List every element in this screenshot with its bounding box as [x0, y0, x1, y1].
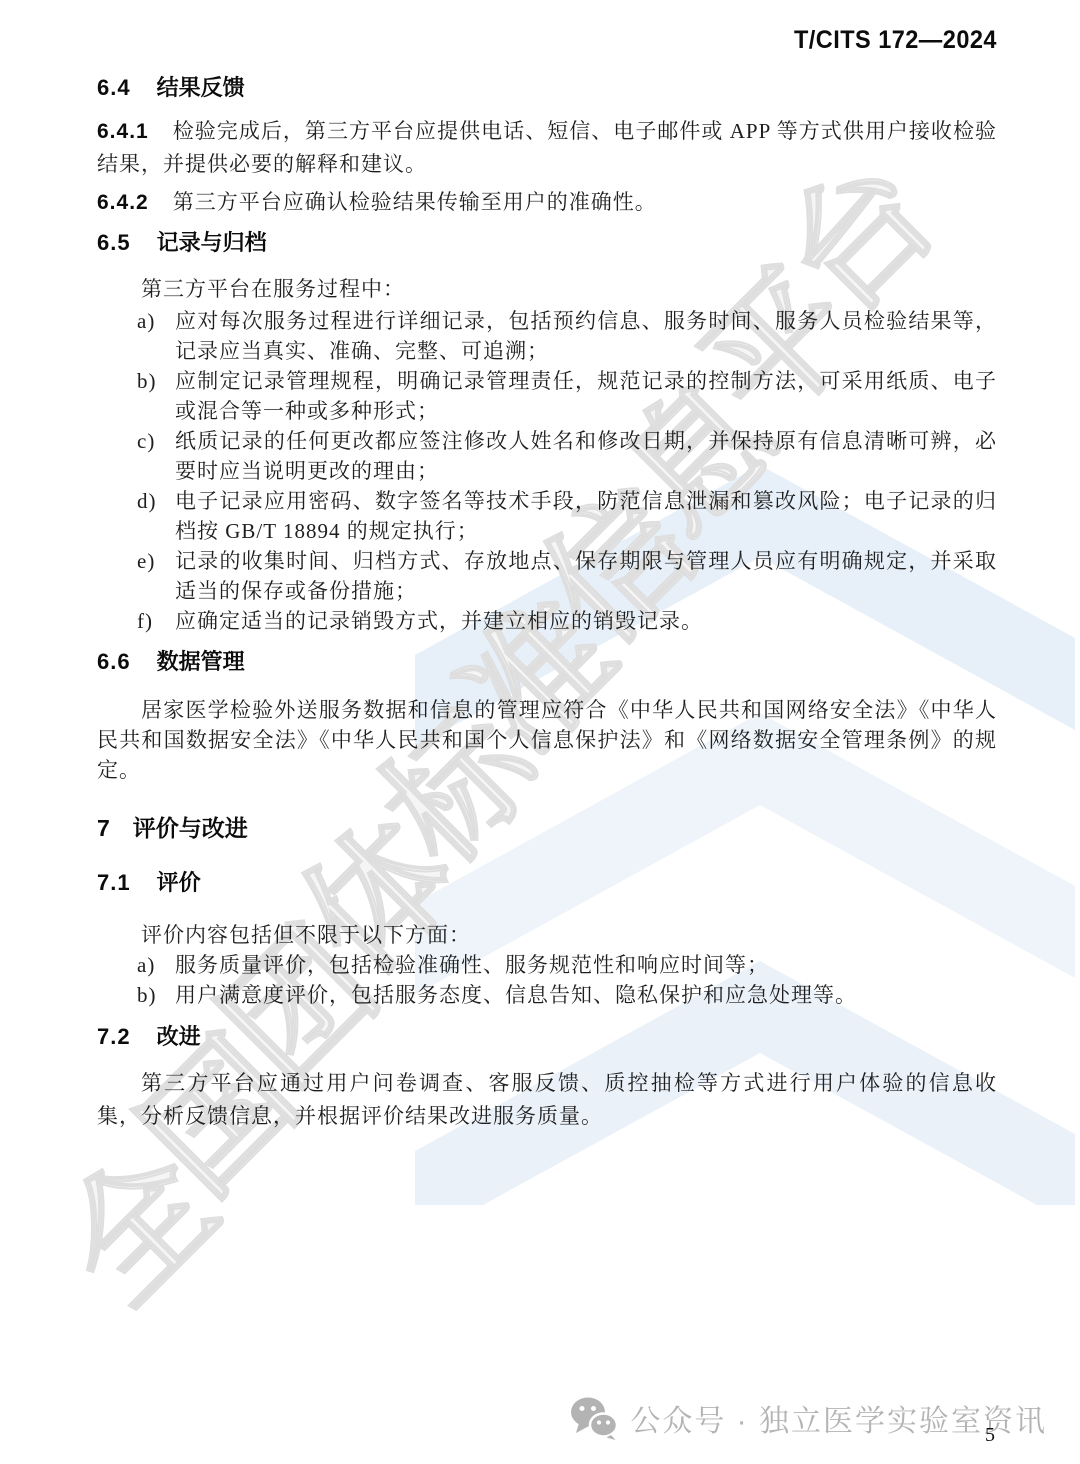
list-item: a)服务质量评价，包括检验准确性、服务规范性和响应时间等；	[97, 950, 997, 980]
list-item-text: 电子记录应用密码、数字签名等技术手段，防范信息泄漏和篡改风险；电子记录的归档按 …	[175, 489, 997, 543]
footer-banner: 公众号 · 独立医学实验室资讯	[570, 1396, 1047, 1440]
section-heading-7.1: 7.1评价	[97, 870, 997, 896]
list-item-label: e)	[137, 546, 155, 576]
document-body: 6.4结果反馈6.4.1检验完成后，第三方平台应提供电话、短信、电子邮件或 AP…	[97, 0, 997, 1133]
standard-document-page: 全国团体标准信息平台 T/CITS 172—2024 6.4结果反馈6.4.1检…	[0, 0, 1080, 1464]
paragraph: 6.4.2第三方平台应确认检验结果传输至用户的准确性。	[97, 186, 997, 219]
section-title: 评价	[157, 870, 201, 896]
section-number: 6.6	[97, 649, 131, 675]
list-item-label: a)	[137, 306, 155, 336]
list-item-label: c)	[137, 426, 155, 456]
list-item: d)电子记录应用密码、数字签名等技术手段，防范信息泄漏和篡改风险；电子记录的归档…	[97, 486, 997, 546]
list-item: b)应制定记录管理规程，明确记录管理责任，规范记录的控制方法，可采用纸质、电子或…	[97, 366, 997, 426]
list-item: b)用户满意度评价，包括服务态度、信息告知、隐私保护和应急处理等。	[97, 980, 997, 1010]
list-item: e)记录的收集时间、归档方式、存放地点、保存期限与管理人员应有明确规定，并采取适…	[97, 546, 997, 606]
section-title: 改进	[157, 1024, 201, 1050]
list-item-text: 服务质量评价，包括检验准确性、服务规范性和响应时间等；	[175, 953, 769, 977]
paragraph: 第三方平台在服务过程中：	[97, 273, 997, 306]
list-item: f)应确定适当的记录销毁方式，并建立相应的销毁记录。	[97, 606, 997, 636]
paragraph: 6.4.1检验完成后，第三方平台应提供电话、短信、电子邮件或 APP 等方式供用…	[97, 115, 997, 181]
list-item-label: d)	[137, 486, 157, 516]
list-item: c)纸质记录的任何更改都应签注修改人姓名和修改日期，并保持原有信息清晰可辨，必要…	[97, 426, 997, 486]
list-item-text: 记录的收集时间、归档方式、存放地点、保存期限与管理人员应有明确规定，并采取适当的…	[175, 549, 997, 603]
section-heading-7.2: 7.2改进	[97, 1024, 997, 1050]
section-title: 评价与改进	[133, 814, 248, 842]
paragraph: 评价内容包括但不限于以下方面：	[97, 920, 997, 950]
list-item-text: 应对每次服务过程进行详细记录，包括预约信息、服务时间、服务人员检验结果等，记录应…	[175, 309, 997, 363]
section-number: 6.4	[97, 75, 131, 101]
list-item-label: b)	[137, 980, 157, 1010]
section-title: 数据管理	[157, 649, 245, 675]
section-number: 7.2	[97, 1024, 131, 1050]
list-item: a)应对每次服务过程进行详细记录，包括预约信息、服务时间、服务人员检验结果等，记…	[97, 306, 997, 366]
list-item-label: a)	[137, 950, 155, 980]
section-title: 结果反馈	[157, 75, 245, 101]
list-item-text: 应确定适当的记录销毁方式，并建立相应的销毁记录。	[175, 609, 703, 633]
section-heading-6.5: 6.5记录与归档	[97, 230, 997, 256]
section-number: 7	[97, 814, 111, 842]
clause-list: a)服务质量评价，包括检验准确性、服务规范性和响应时间等；b)用户满意度评价，包…	[97, 950, 997, 1010]
section-heading-6.4: 6.4结果反馈	[97, 75, 997, 101]
watermark-char: 全	[41, 1128, 239, 1326]
clause-number: 6.4.2	[97, 191, 149, 214]
section-number: 7.1	[97, 870, 131, 896]
page-number: 5	[985, 1424, 995, 1447]
clause-list: a)应对每次服务过程进行详细记录，包括预约信息、服务时间、服务人员检验结果等，记…	[97, 306, 997, 636]
section-heading-6.6: 6.6数据管理	[97, 649, 997, 675]
list-item-text: 应制定记录管理规程，明确记录管理责任，规范记录的控制方法，可采用纸质、电子或混合…	[175, 369, 997, 423]
section-title: 记录与归档	[157, 230, 267, 256]
paragraph: 居家医学检验外送服务数据和信息的管理应符合《中华人民共和国网络安全法》《中华人民…	[97, 695, 997, 785]
list-item-text: 用户满意度评价，包括服务态度、信息告知、隐私保护和应急处理等。	[175, 983, 857, 1007]
section-number: 6.5	[97, 230, 131, 256]
clause-number: 6.4.1	[97, 120, 149, 143]
wechat-icon	[570, 1396, 618, 1440]
list-item-label: f)	[137, 606, 153, 636]
paragraph: 第三方平台应通过用户问卷调查、客服反馈、质控抽检等方式进行用户体验的信息收集，分…	[97, 1067, 997, 1133]
list-item-text: 纸质记录的任何更改都应签注修改人姓名和修改日期，并保持原有信息清晰可辨，必要时应…	[175, 429, 997, 483]
section-heading-7: 7评价与改进	[97, 814, 997, 842]
list-item-label: b)	[137, 366, 157, 396]
